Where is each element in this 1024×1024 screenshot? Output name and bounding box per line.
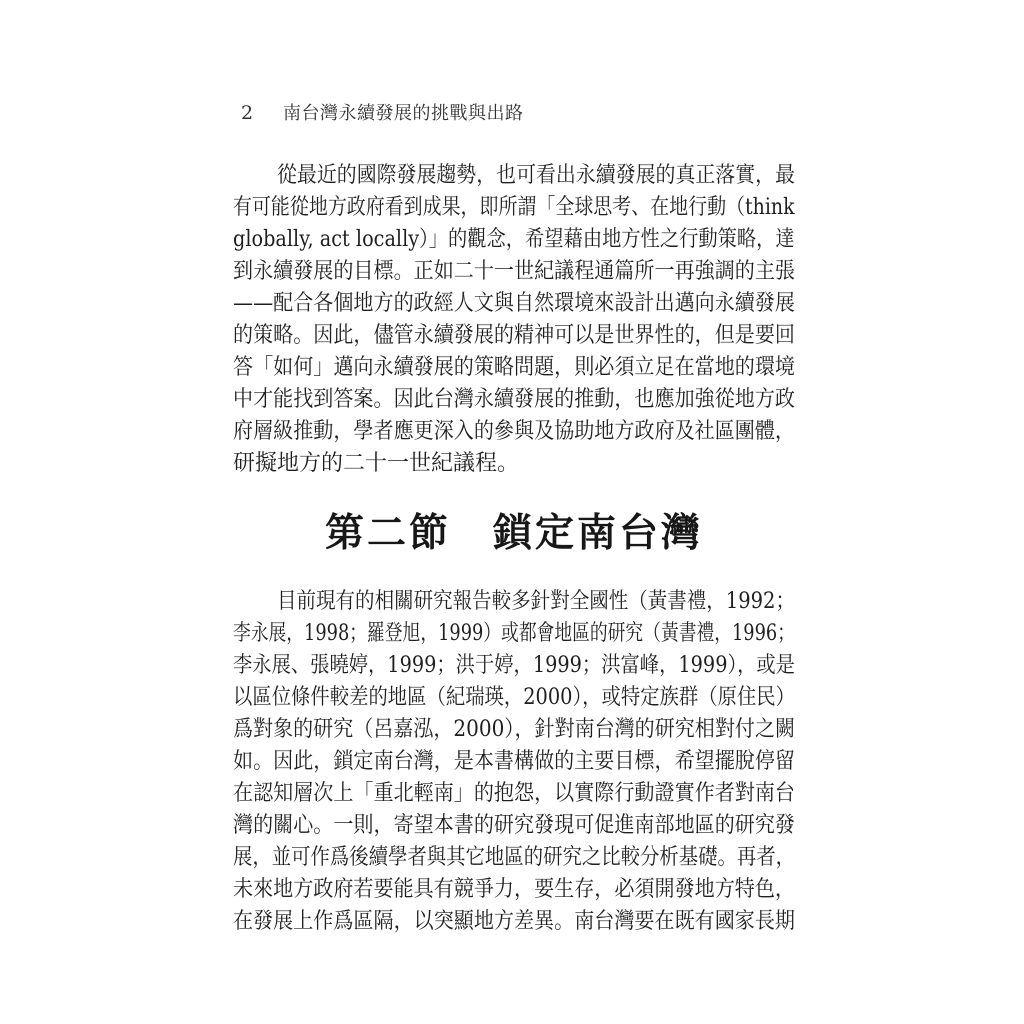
text-line-content: 爲對象的研究（呂嘉泓，2000），針對南台灣的研究相對付之闕 [233,714,795,746]
text-line-content: 答「如何」邁向永續發展的策略問題，則必須立足在當地的環境 [233,352,795,384]
text-line-content: 目前現有的相關研究報告較多針對全國性（黃書禮，1992； [277,586,795,618]
text-line-content: 府層級推動，學者應更深入的參與及協助地方政府及社區團體， [233,416,795,448]
text-line-content: 中才能找到答案。因此台灣永續發展的推動，也應加強從地方政 [233,384,795,416]
text-line-content: ——配合各個地方的政經人文與自然環境來設計出邁向永續發展 [233,288,795,320]
text-line: 府層級推動，學者應更深入的參與及協助地方政府及社區團體， [233,416,795,448]
text-line: 到永續發展的目標。正如二十一世紀議程通篇所一再強調的主張 [233,256,795,288]
text-line-content: 未來地方政府若要能具有競爭力，要生存，必須開發地方特色， [233,874,795,906]
text-line: 答「如何」邁向永續發展的策略問題，則必須立足在當地的環境 [233,352,795,384]
running-title: 南台灣永續發展的挑戰與出路 [283,99,524,125]
text-line: 在發展上作爲區隔，以突顯地方差異。南台灣要在既有國家長期 [233,906,795,938]
text-line: 中才能找到答案。因此台灣永續發展的推動，也應加強從地方政 [233,384,795,416]
text-line: 以區位條件較差的地區（紀瑞瑛，2000），或特定族群（原住民） [233,682,795,714]
text-line: 李永展，1998；羅登旭，1999）或都會地區的研究（黃書禮，1996； [233,618,795,650]
section-heading: 第二節 鎖定南台灣 [233,502,795,558]
text-line: 研擬地方的二十一世紀議程。 [233,448,795,480]
text-line: ——配合各個地方的政經人文與自然環境來設計出邁向永續發展 [233,288,795,320]
text-line-content: 研擬地方的二十一世紀議程。 [233,448,519,480]
text-line: 李永展、張曉婷，1999；洪于婷，1999；洪富峰，1999），或是 [233,650,795,682]
text-line-content: 到永續發展的目標。正如二十一世紀議程通篇所一再強調的主張 [233,256,795,288]
text-line-content: 李永展、張曉婷，1999；洪于婷，1999；洪富峰，1999），或是 [233,650,795,682]
text-line-content: 展，並可作爲後續學者與其它地區的研究之比較分析基礎。再者， [233,842,795,874]
paragraph-intro: 從最近的國際發展趨勢，也可看出永續發展的真正落實，最有可能從地方政府看到成果，即… [233,160,795,480]
text-line: 灣的關心。一則，寄望本書的研究發現可促進南部地區的研究發 [233,810,795,842]
text-line: globally, act locally）」的觀念，希望藉由地方性之行動策略，… [233,224,795,256]
text-line: 的策略。因此，儘管永續發展的精神可以是世界性的，但是要回 [233,320,795,352]
text-line: 目前現有的相關研究報告較多針對全國性（黃書禮，1992； [233,586,795,618]
text-line: 爲對象的研究（呂嘉泓，2000），針對南台灣的研究相對付之闕 [233,714,795,746]
paragraph-research-review: 目前現有的相關研究報告較多針對全國性（黃書禮，1992；李永展，1998；羅登旭… [233,586,795,938]
text-line-content: 如。因此，鎖定南台灣，是本書構做的主要目標，希望擺脫停留 [233,746,795,778]
text-line: 在認知層次上「重北輕南」的抱怨，以實際行動證實作者對南台 [233,778,795,810]
text-line-content: 以區位條件較差的地區（紀瑞瑛，2000），或特定族群（原住民） [233,682,795,714]
text-line-content: 在發展上作爲區隔，以突顯地方差異。南台灣要在既有國家長期 [233,906,795,938]
text-line: 展，並可作爲後續學者與其它地區的研究之比較分析基礎。再者， [233,842,795,874]
text-line-content: 在認知層次上「重北輕南」的抱怨，以實際行動證實作者對南台 [233,778,795,810]
text-line-content: globally, act locally）」的觀念，希望藉由地方性之行動策略，… [233,224,795,256]
page-number: 2 [241,102,283,124]
text-line: 未來地方政府若要能具有競爭力，要生存，必須開發地方特色， [233,874,795,906]
text-line: 如。因此，鎖定南台灣，是本書構做的主要目標，希望擺脫停留 [233,746,795,778]
text-line-content: 有可能從地方政府看到成果，即所謂「全球思考、在地行動（think [233,192,795,224]
text-line: 從最近的國際發展趨勢，也可看出永續發展的真正落實，最 [233,160,795,192]
text-line-content: 從最近的國際發展趨勢，也可看出永續發展的真正落實，最 [277,160,795,192]
text-line: 有可能從地方政府看到成果，即所謂「全球思考、在地行動（think [233,192,795,224]
text-line-content: 灣的關心。一則，寄望本書的研究發現可促進南部地區的研究發 [233,810,795,842]
text-line-content: 李永展，1998；羅登旭，1999）或都會地區的研究（黃書禮，1996； [233,618,795,650]
book-page: 2 南台灣永續發展的挑戰與出路 從最近的國際發展趨勢，也可看出永續發展的真正落實… [0,0,1024,1024]
page-header: 2 南台灣永續發展的挑戰與出路 [241,99,801,125]
text-line-content: 的策略。因此，儘管永續發展的精神可以是世界性的，但是要回 [233,320,795,352]
